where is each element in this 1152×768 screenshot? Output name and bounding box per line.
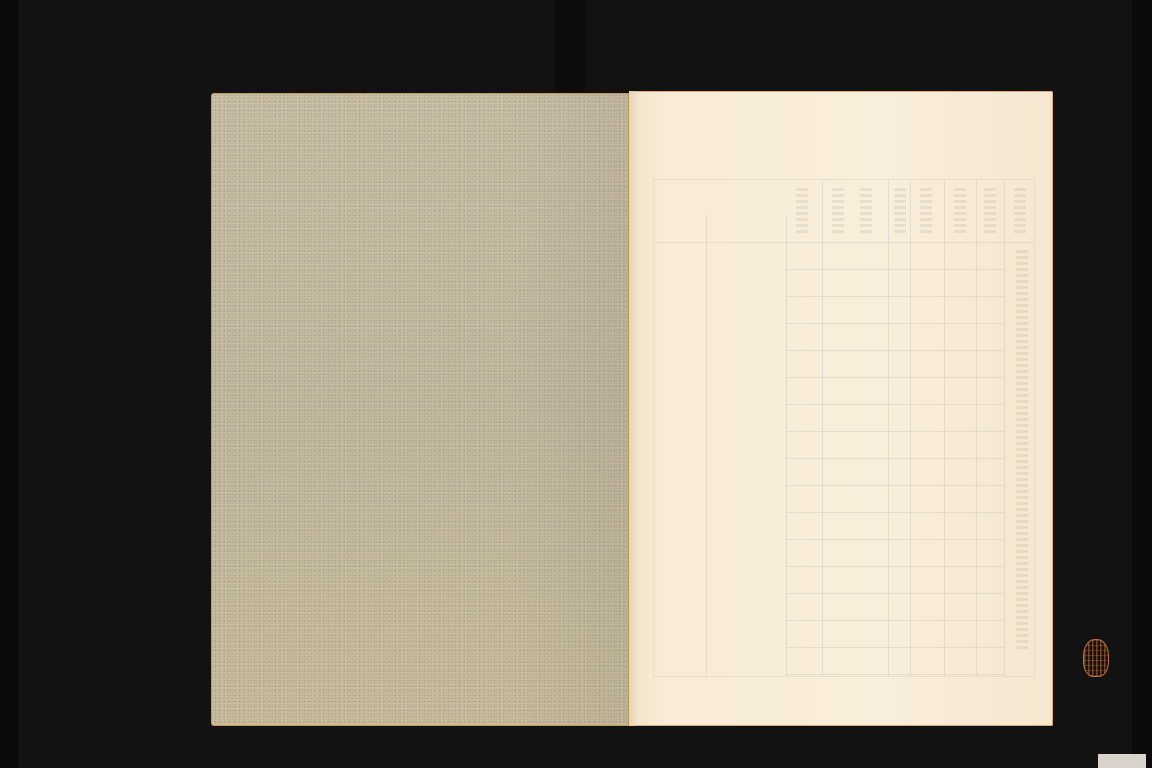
bleed-row-line (786, 593, 1004, 594)
bleed-row-line (786, 404, 1004, 405)
bleed-row-line (786, 647, 1004, 648)
front-cover (211, 93, 629, 726)
bleed-text-glyphs (832, 188, 844, 234)
bleed-row-line (786, 350, 1004, 351)
open-booklet (211, 91, 1053, 726)
bleed-through-table (653, 179, 1035, 677)
bleed-text-glyphs (860, 188, 872, 234)
bleed-column-line (944, 180, 945, 676)
bleed-column-line (976, 180, 977, 676)
bleed-column-line (706, 214, 707, 676)
corner-paper-scrap (1098, 754, 1146, 768)
bleed-header-line (654, 242, 1034, 243)
bleed-column-line (910, 180, 911, 676)
bleed-row-line (786, 431, 1004, 432)
bleed-text-glyphs (984, 188, 996, 234)
first-page (629, 91, 1053, 726)
bleed-row-line (786, 458, 1004, 459)
bleed-row-line (786, 269, 1004, 270)
cover-shading (511, 93, 629, 726)
bleed-row-line (786, 323, 1004, 324)
bleed-row-line (786, 377, 1004, 378)
bleed-row-line (786, 485, 1004, 486)
bleed-column-line (822, 180, 823, 676)
backdrop-left-edge (0, 0, 18, 768)
backdrop-right-edge (1132, 0, 1152, 768)
bleed-row-line (786, 512, 1004, 513)
bleed-row-line (786, 674, 1004, 675)
bleed-text-glyphs (796, 188, 808, 234)
spine-fold (629, 91, 639, 726)
bleed-row-line (786, 296, 1004, 297)
backdrop-seam (555, 0, 585, 92)
bleed-column-line (888, 180, 889, 676)
bleed-column-line (786, 214, 787, 676)
bleed-text-glyphs (920, 188, 932, 234)
bleed-row-line (786, 539, 1004, 540)
red-seal-stamp (1083, 639, 1109, 677)
bleed-text-glyphs (954, 188, 966, 234)
bleed-text-glyphs (894, 188, 906, 234)
bleed-text-column (1016, 250, 1028, 650)
bleed-text-glyphs (1014, 188, 1026, 234)
bleed-row-line (786, 620, 1004, 621)
bleed-row-line (786, 566, 1004, 567)
bleed-column-line (1004, 180, 1005, 676)
